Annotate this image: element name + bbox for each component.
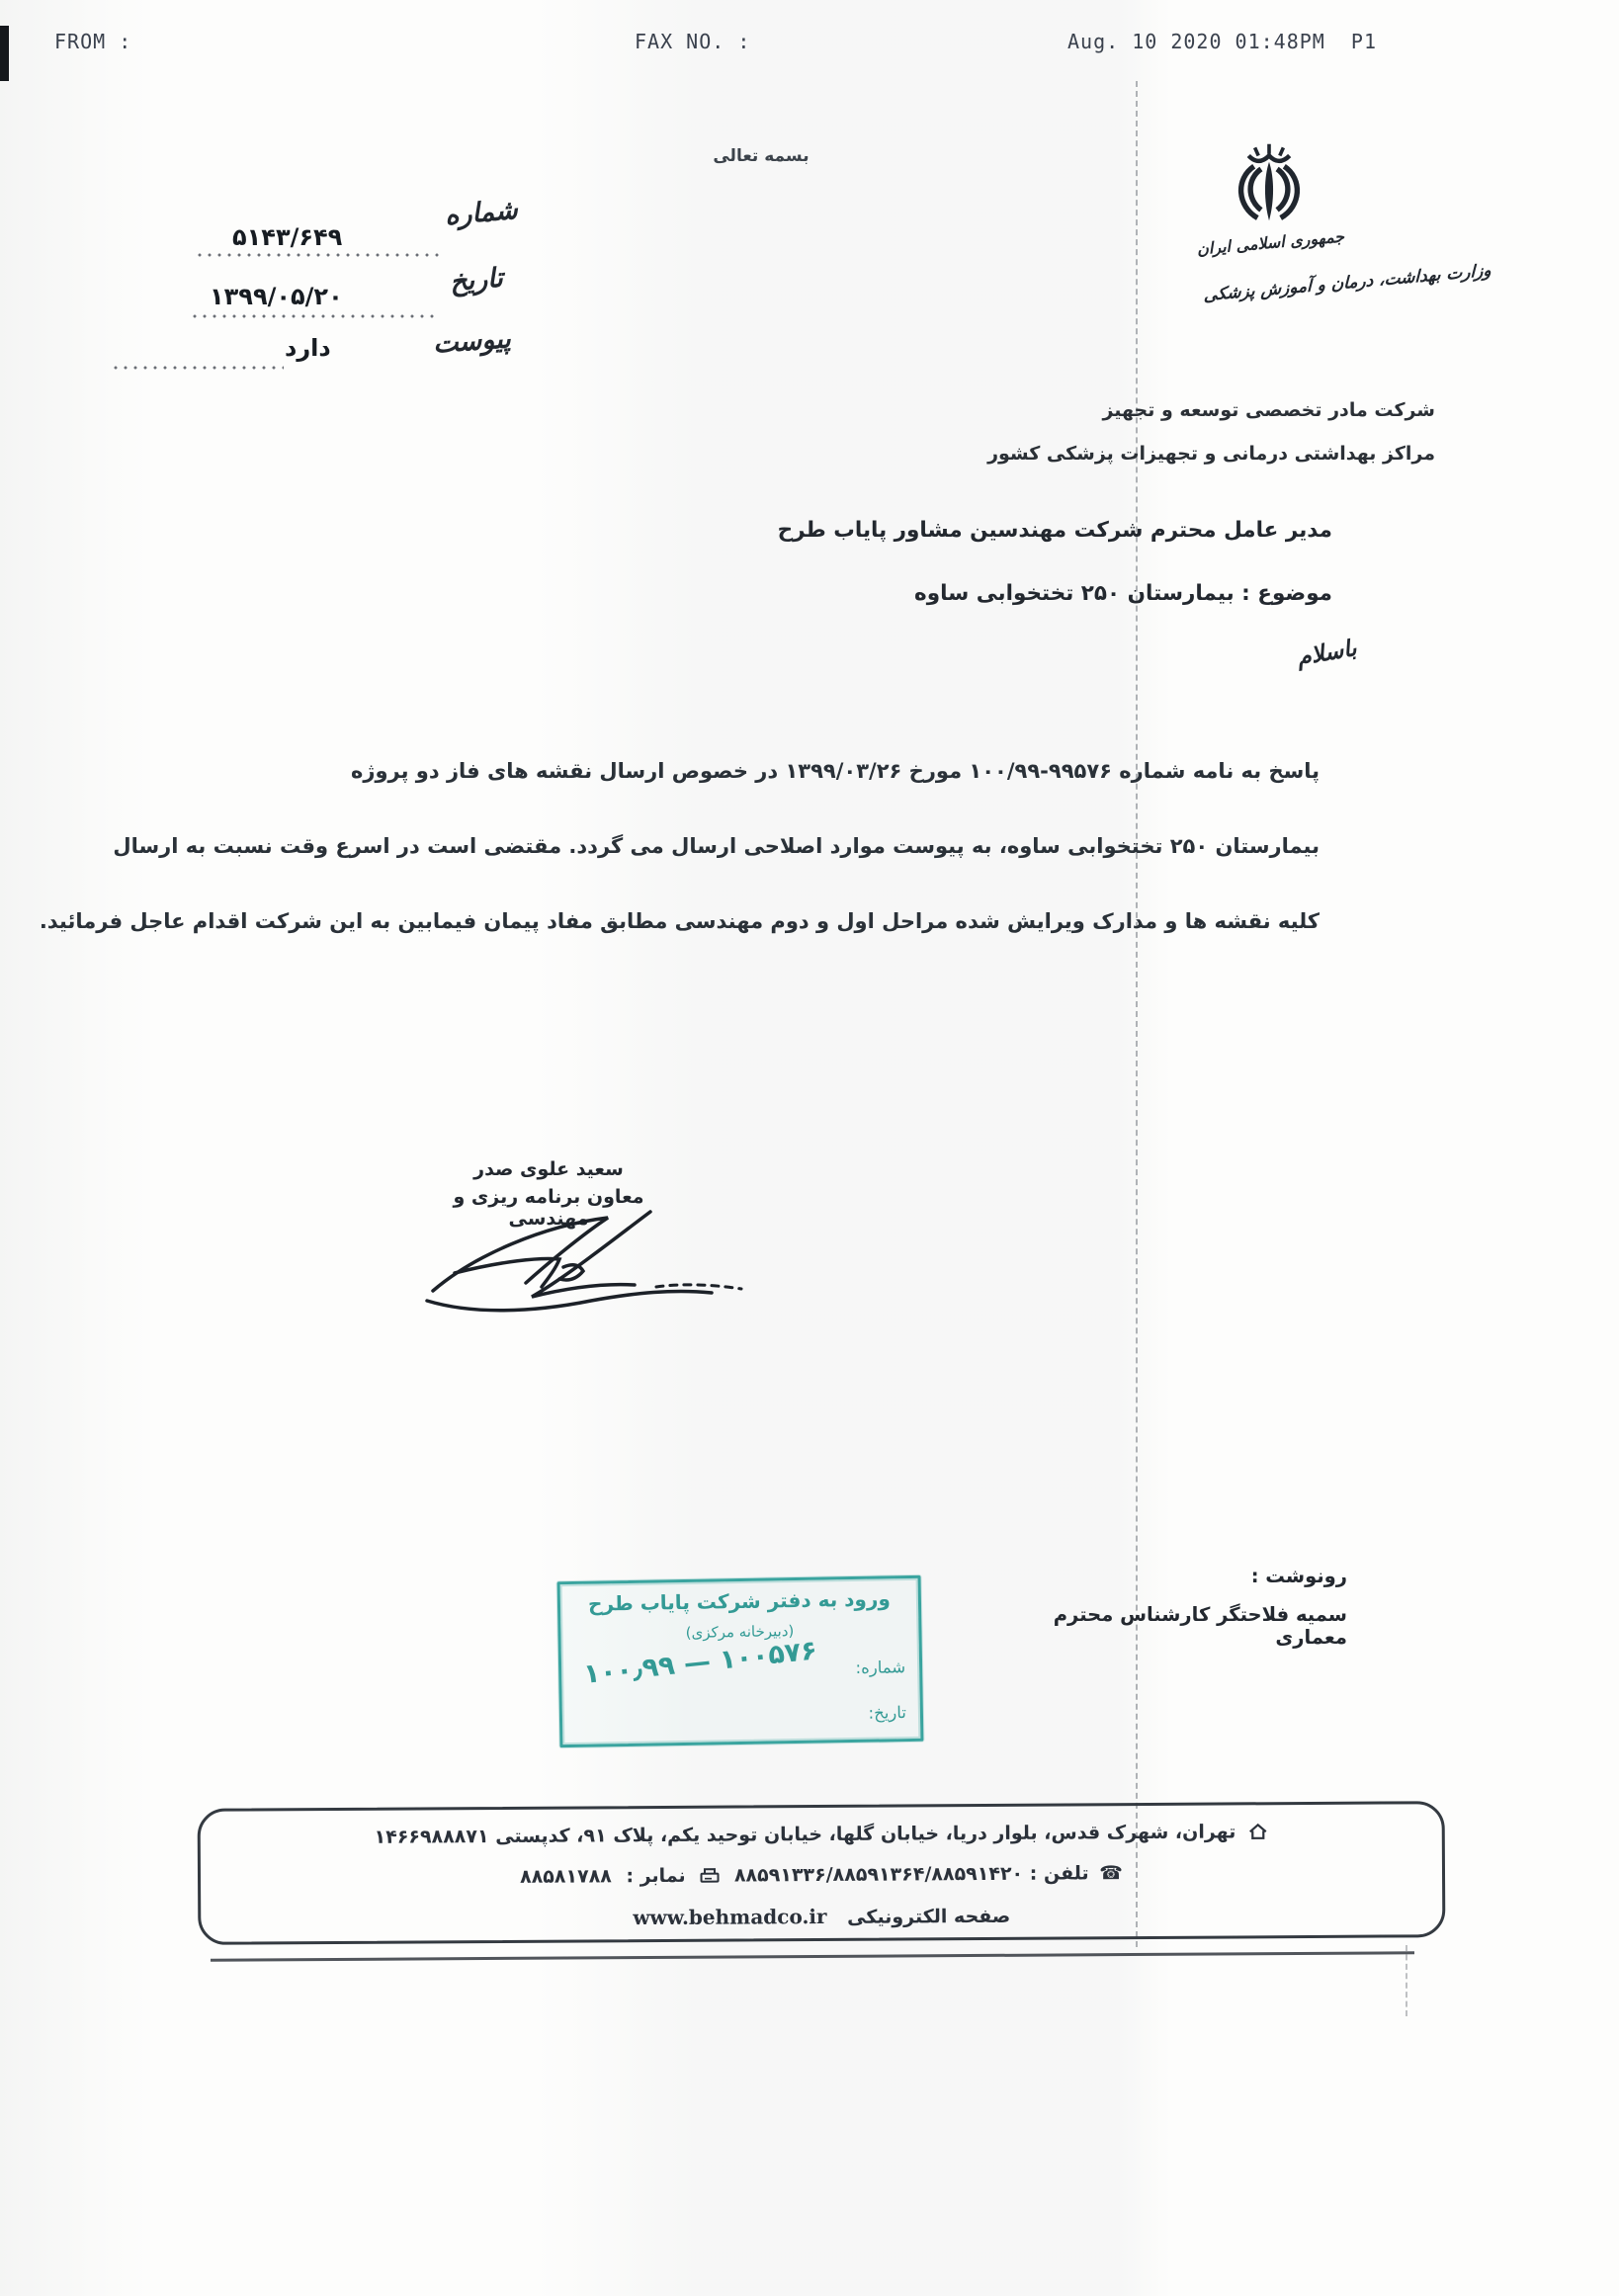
fax-number: ۸۸۵۸۱۷۸۸ [520, 1865, 612, 1888]
salutation: باسلام [1295, 636, 1358, 671]
stamp-number-value: ۱۰۰٫۹۹ — ۱۰۰۵۷۶ [582, 1635, 818, 1690]
phone-numbers: ۸۸۵۹۱۳۳۶/۸۸۵۹۱۳۶۴/۸۸۵۹۱۴۲۰ [734, 1863, 1023, 1887]
body-line-1: پاسخ به نامه شماره ۹۹۵۷۶-۱۰۰/۹۹ مورخ ۱۳۹… [148, 733, 1320, 808]
date-field-dots [193, 314, 440, 318]
entry-stamp: ورود به دفتر شرکت پایاب طرح (دبیرخانه مر… [557, 1575, 924, 1747]
subject-line: موضوع : بیمارستان ۲۵۰ تختخوابی ساوه [692, 581, 1332, 606]
number-field-dots [198, 253, 440, 257]
date-field-value: ۱۳۹۹/۰۵/۲۰ [210, 283, 343, 310]
fax-document-page: FROM : FAX NO. : Aug. 10 2020 01:48PM P1… [0, 0, 1619, 2296]
org-line-1: شرکت مادر تخصصی توسعه و تجهیز [979, 399, 1435, 421]
stamp-number-label: شماره: [855, 1658, 905, 1677]
cc-label: رونوشت : [1224, 1565, 1347, 1587]
fax-timestamp: Aug. 10 2020 01:48PM P1 [1067, 30, 1377, 53]
footer-contact-box: تهران، شهرک قدس، بلوار دریا، خیابان گلها… [198, 1801, 1446, 1945]
scan-edge-mark [0, 26, 9, 81]
attachment-field-dots [114, 366, 284, 370]
fax-from-label: FROM : [54, 30, 131, 53]
footer-underline-artifact [211, 1951, 1414, 1961]
cc-line: سمیه فلاحتگر کارشناس محترم معماری [1028, 1603, 1347, 1649]
fold-line-bottom [1406, 1945, 1407, 2016]
attachment-field-value: دارد [285, 334, 331, 362]
address-line: تهران، شهرک قدس، بلوار دریا، خیابان گلها… [201, 1820, 1442, 1849]
number-field-value: ۵۱۴۳/۶۴۹ [232, 223, 342, 251]
body-line-3: کلیه نقشه ها و مدارک ویرایش شده مراحل او… [148, 884, 1320, 959]
fold-line [1136, 81, 1138, 1947]
address-text: تهران، شهرک قدس، بلوار دریا، خیابان گلها… [375, 1821, 1236, 1847]
phone-label: تلفن : [1030, 1862, 1089, 1884]
phone-fax-line: ☎ تلفن : ۸۸۵۹۱۳۳۶/۸۸۵۹۱۳۶۴/۸۸۵۹۱۴۲۰ نماب… [201, 1860, 1442, 1890]
fax-label: نمابر : [626, 1865, 685, 1887]
body-line-2: بیمارستان ۲۵۰ تختخوابی ساوه، به پیوست مو… [148, 808, 1320, 884]
date-field-label: تاریخ [449, 263, 504, 298]
iran-emblem-icon [1229, 142, 1310, 231]
phone-icon: ☎ [1099, 1862, 1123, 1884]
website-url: www.behmadco.ir [633, 1905, 826, 1929]
fax-icon [700, 1868, 720, 1884]
website-label: صفحه الکترونیکی [847, 1906, 1010, 1928]
stamp-line-2: (دبیرخانه مرکزی) [560, 1620, 918, 1644]
number-field-label: شماره [444, 195, 519, 231]
bismillah: بسمه تعالی [692, 146, 830, 166]
website-line: صفحه الکترونیکی www.behmadco.ir [201, 1901, 1442, 1932]
recipient-line: مدیر عامل محترم شرکت مهندسین مشاور پایاب… [692, 518, 1332, 543]
ministry-title: وزارت بهداشت، درمان و آموزش پزشکی [1127, 261, 1491, 312]
stamp-date-label: تاریخ: [868, 1703, 906, 1723]
body-paragraph: پاسخ به نامه شماره ۹۹۵۷۶-۱۰۰/۹۹ مورخ ۱۳۹… [148, 733, 1320, 959]
signature-scribble [415, 1204, 751, 1322]
signer-name: سعید علوی صدر [440, 1158, 657, 1180]
attachment-field-label: پیوست [432, 323, 512, 359]
home-icon [1248, 1823, 1268, 1839]
fax-number-label: FAX NO. : [635, 30, 750, 53]
org-line-2: مراکز بهداشتی درمانی و تجهیزات پزشکی کشو… [919, 443, 1435, 465]
stamp-line-1: ورود به دفتر شرکت پایاب طرح [560, 1586, 918, 1616]
